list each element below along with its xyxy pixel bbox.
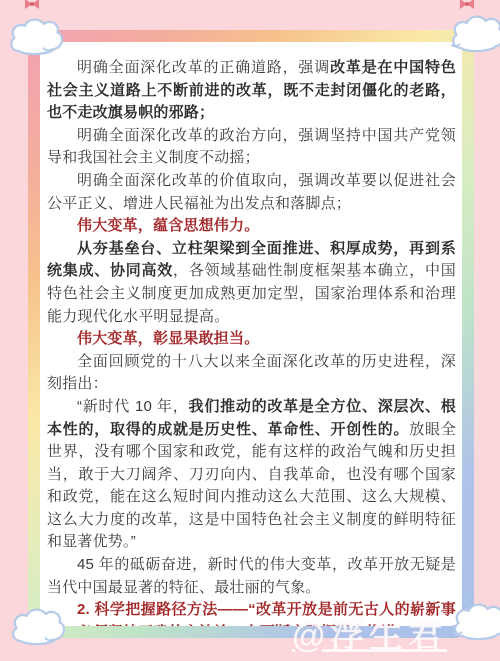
paragraph: 明确全面深化改革的正确道路，强调改革是在中国特色社会主义道路上不断前进的改革，既… <box>47 57 456 125</box>
text-run: 明确全面深化改革的政治方向，强调坚持中国共产党领导和我国社会主义制度不动摇； <box>47 127 456 167</box>
text-run: 明确全面深化改革的正确道路，强调 <box>77 59 330 76</box>
text-run: 全面回顾党的十八大以来全面深化改革的历史进程，深刻指出： <box>47 353 456 393</box>
decorative-frame: 明确全面深化改革的正确道路，强调改革是在中国特色社会主义道路上不断前进的改革，既… <box>28 30 474 638</box>
paragraph: 从夯基垒台、立柱架梁到全面推进、积厚成势，再到系统集成、协同高效，各领域基础性制… <box>47 238 456 328</box>
text-run: 伟大变革，彰显果敢担当。 <box>77 330 259 347</box>
paragraph: 全面回顾党的十八大以来全面深化改革的历史进程，深刻指出： <box>47 351 456 396</box>
page: 明确全面深化改革的正确道路，强调改革是在中国特色社会主义道路上不断前进的改革，既… <box>0 0 500 661</box>
cloud-icon <box>10 607 66 649</box>
paragraph: 明确全面深化改革的价值取向，强调改革要以促进社会公平正义、增进人民福祉为出发点和… <box>47 170 456 215</box>
text-run: 放眼全世界，没有哪个国家和政党，能有这样的政治气魄和历史担当，敢于大刀阔斧、刀刃… <box>47 421 456 551</box>
text-run: 明确全面深化改革的价值取向，强调改革要以促进社会公平正义、增进人民福祉为出发点和… <box>47 172 456 212</box>
bow-ornament-icon <box>24 0 40 15</box>
article: 明确全面深化改革的正确道路，强调改革是在中国特色社会主义道路上不断前进的改革，既… <box>40 42 462 626</box>
paragraph: 伟大变革，蕴含思想伟力。 <box>47 215 456 238</box>
paragraph: 伟大变革，彰显果敢担当。 <box>47 328 456 351</box>
cloud-icon <box>8 17 64 59</box>
paragraph: 明确全面深化改革的政治方向，强调坚持中国共产党领导和我国社会主义制度不动摇； <box>47 125 456 170</box>
cloud-icon <box>452 602 500 644</box>
watermark: @浮生君 <box>292 608 447 657</box>
paragraph: “新时代 10 年，我们推动的改革是全方位、深层次、根本性的，取得的成就是历史性… <box>47 396 456 554</box>
text-run: “新时代 10 年， <box>77 398 189 415</box>
bow-ornament-icon <box>459 0 475 15</box>
paragraph: 45 年的砥砺奋进，新时代的伟大变革，改革开放无疑是当代中国最显著的特征、最壮丽… <box>47 554 456 599</box>
text-run: 伟大变革，蕴含思想伟力。 <box>77 217 259 234</box>
cloud-icon <box>450 14 500 56</box>
text-run: 45 年的砥砺奋进，新时代的伟大变革，改革开放无疑是当代中国最显著的特征、最壮丽… <box>47 556 456 596</box>
